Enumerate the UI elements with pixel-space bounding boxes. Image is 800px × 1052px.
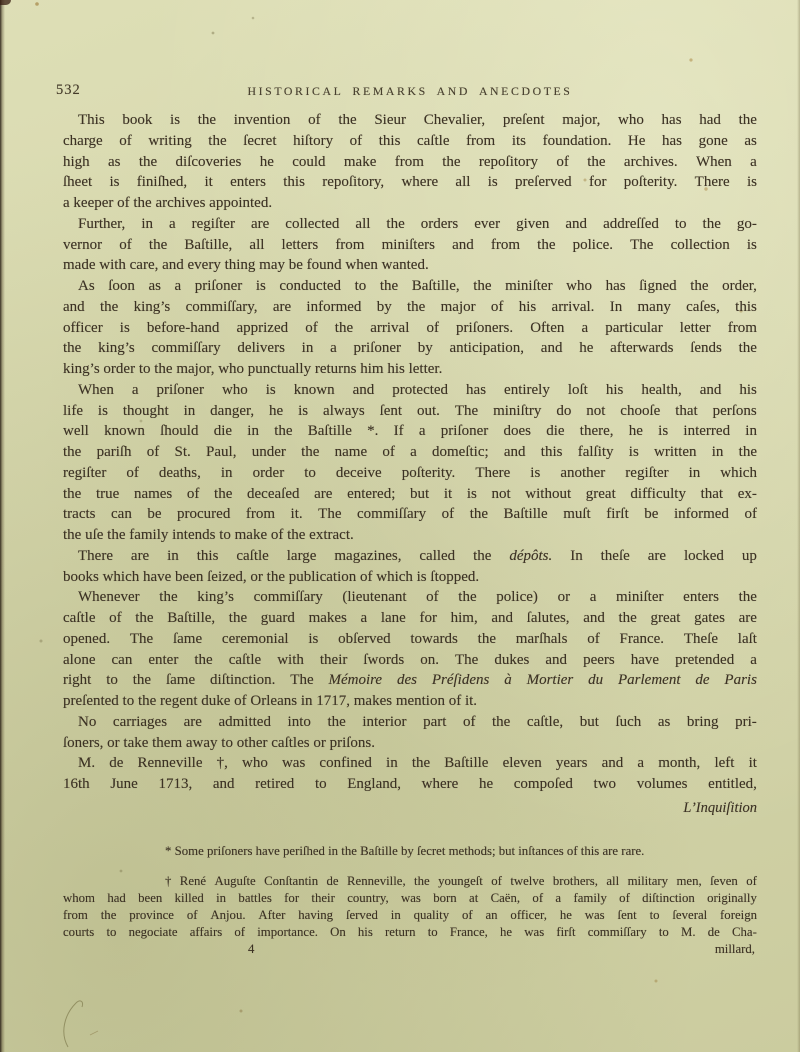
text-line: righttotheſamediſtinction.TheMémoiredesP… <box>63 670 757 691</box>
text-line: highasthediſcoverieshecouldmakefromthere… <box>63 152 757 173</box>
text-line: ThisbookistheinventionoftheSieurChevalie… <box>63 110 757 131</box>
text-line: books which have been ſeized, or the pub… <box>63 567 757 588</box>
text-line: ſheetisfiniſhed,itentersthisrepoſitory,w… <box>63 172 757 193</box>
footnote-dagger: †RenéAuguſteConſtantindeRenneville,theyo… <box>63 873 757 941</box>
text-line: Whenevertheking’scommiſſary(lieutenantof… <box>63 587 757 608</box>
text-line: regiſterofdeaths,inordertodeceivepoſteri… <box>63 463 757 484</box>
paragraph: Whenapriſonerwhoisknownandprotectedhasen… <box>63 380 757 546</box>
footnotes-section: * Some priſoners have periſhed in the Ba… <box>63 843 757 959</box>
text-line: vernoroftheBaſtille,alllettersfromminiſt… <box>63 235 757 256</box>
text-line: Whenapriſonerwhoisknownandprotectedhasen… <box>63 380 757 401</box>
text-line: Further,inaregiſterarecollectedalltheord… <box>63 214 757 235</box>
text-line: alonecanenterthecaſtlewiththeirſwordson.… <box>63 650 757 671</box>
text-line: Nocarriagesareadmittedintotheinteriorpar… <box>63 712 757 733</box>
book-page: 532 HISTORICAL REMARKS AND ANECDOTES Thi… <box>0 0 800 1052</box>
text-line: 16thJune1713,andretiredtoEngland,wherehe… <box>63 774 757 795</box>
text-line: tractscanbeprocuredfromit.Thecommiſſaryo… <box>63 504 757 525</box>
text-line: andtheking’scommiſſary,areinformedbythem… <box>63 297 757 318</box>
body-text: ThisbookistheinventionoftheSieurChevalie… <box>63 110 757 819</box>
signature-line: 4 millard, <box>63 941 757 958</box>
text-line: lifeisthoughtindanger,heisalwaysſentout.… <box>63 401 757 422</box>
text-line: king’s order to the major, who punctuall… <box>63 359 757 380</box>
text-line: preſented to the regent duke of Orleans … <box>63 691 757 712</box>
text-line: made with care, and every thing may be f… <box>63 255 757 276</box>
text-line: wellknownſhoulddieintheBaſtille*.Ifapriſ… <box>63 421 757 442</box>
running-header: HISTORICAL REMARKS AND ANECDOTES <box>63 84 757 99</box>
paragraph: Further,inaregiſterarecollectedalltheord… <box>63 214 757 276</box>
corner-binding-mark <box>0 0 11 5</box>
paragraph: ThisbookistheinventionoftheSieurChevalie… <box>63 110 757 214</box>
signature-mark: 4 <box>248 941 254 958</box>
paragraph: Nocarriagesareadmittedintotheinteriorpar… <box>63 712 757 754</box>
paragraph: Whenevertheking’scommiſſary(lieutenantof… <box>63 587 757 712</box>
text-line: courtstonegociateaffairsofimportance.Onh… <box>63 924 757 941</box>
text-line: whomhadbeenkilledinbattlesfortheircountr… <box>63 890 757 907</box>
paragraph: M.deRenneville†,whowasconfinedintheBaſti… <box>63 753 757 795</box>
page-left-edge-shadow <box>0 0 5 1052</box>
text-line: a keeper of the archives appointed. <box>63 193 757 214</box>
text-line: ſoners, or take them away to other caſtl… <box>63 733 757 754</box>
text-line: chargeofwritingtheſecrethiſtoryofthiscaſ… <box>63 131 757 152</box>
catchword: L’Inquiſition <box>63 798 757 819</box>
text-line: officerisbefore-handapprizedofthearrival… <box>63 318 757 339</box>
text-line: thepariſhofSt.Paul,underthenameofadomeſt… <box>63 442 757 463</box>
text-line: the uſe the family intends to make of th… <box>63 525 757 546</box>
paragraph: Thereareinthiscaſtlelargemagazines,calle… <box>63 546 757 588</box>
text-line: * Some priſoners have periſhed in the Ba… <box>63 843 757 860</box>
text-line: AsſoonasapriſonerisconductedtotheBaſtill… <box>63 276 757 297</box>
text-line: theking’scommiſſarydeliversinapriſonerby… <box>63 338 757 359</box>
footnote-asterisk: * Some priſoners have periſhed in the Ba… <box>63 843 757 860</box>
text-line: Thereareinthiscaſtlelargemagazines,calle… <box>63 546 757 567</box>
text-line: M.deRenneville†,whowasconfinedintheBaſti… <box>63 753 757 774</box>
paragraphs-container: ThisbookistheinventionoftheSieurChevalie… <box>63 110 757 795</box>
text-line: opened.Theſameceremonialisobſervedtoward… <box>63 629 757 650</box>
text-line: caſtleoftheBaſtille,theguardmakesalanefo… <box>63 608 757 629</box>
text-line: fromtheprovinceofAnjou.Afterhavingſerved… <box>63 907 757 924</box>
text-line: thetruenamesofthedeceaſedareentered;buti… <box>63 484 757 505</box>
paper-fiber-mark <box>50 995 120 1050</box>
footnote-catchword: millard, <box>715 941 755 958</box>
paragraph: AsſoonasapriſonerisconductedtotheBaſtill… <box>63 276 757 380</box>
text-line: †RenéAuguſteConſtantindeRenneville,theyo… <box>63 873 757 890</box>
